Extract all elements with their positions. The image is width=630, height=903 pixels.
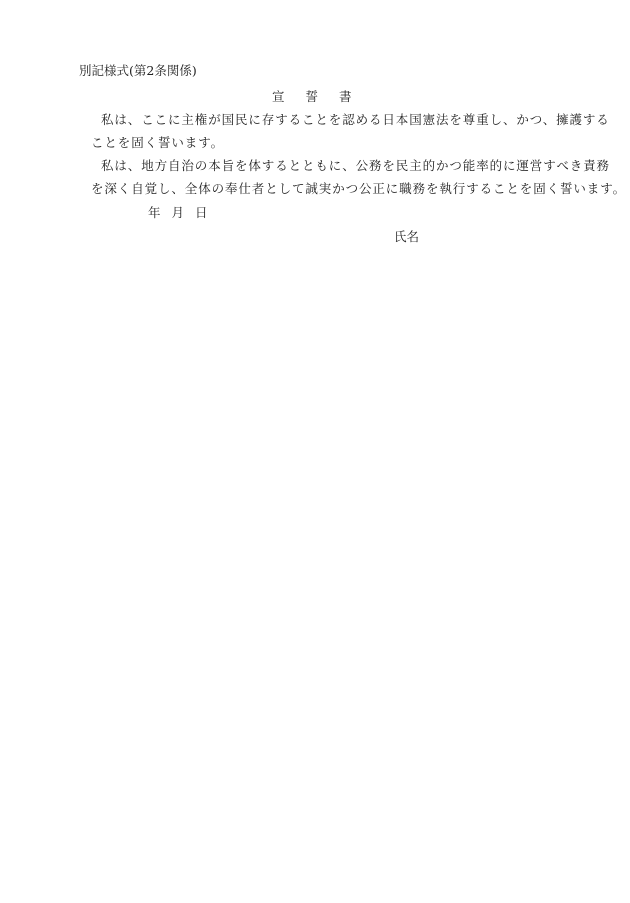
title-char: 誓 xyxy=(306,89,319,105)
date-day-label: 日 xyxy=(195,205,208,221)
form-heading: 別記様式(第2条関係) xyxy=(79,63,197,79)
paragraph2-line1: 私は、地方自治の本旨を体するとともに、公務を民主的かつ能率的に運営すべき責務 xyxy=(101,158,610,174)
paragraph2-line2: を深く自覚し、全体の奉仕者として誠実かつ公正に職務を執行することを固く誓います。 xyxy=(91,181,626,197)
title-char: 書 xyxy=(339,89,352,105)
document-title: 宣誓書 xyxy=(272,89,373,105)
title-char: 宣 xyxy=(272,89,285,105)
paragraph1-line1: 私は、ここに主権が国民に存することを認める日本国憲法を尊重し、かつ、擁護する xyxy=(101,112,610,128)
paragraph1-line2: ことを固く誓います。 xyxy=(91,135,224,151)
date-fields: 年月日 xyxy=(148,205,219,221)
date-month-label: 月 xyxy=(172,205,185,221)
signature-name-label: 氏名 xyxy=(394,229,419,245)
date-year-label: 年 xyxy=(148,205,161,221)
